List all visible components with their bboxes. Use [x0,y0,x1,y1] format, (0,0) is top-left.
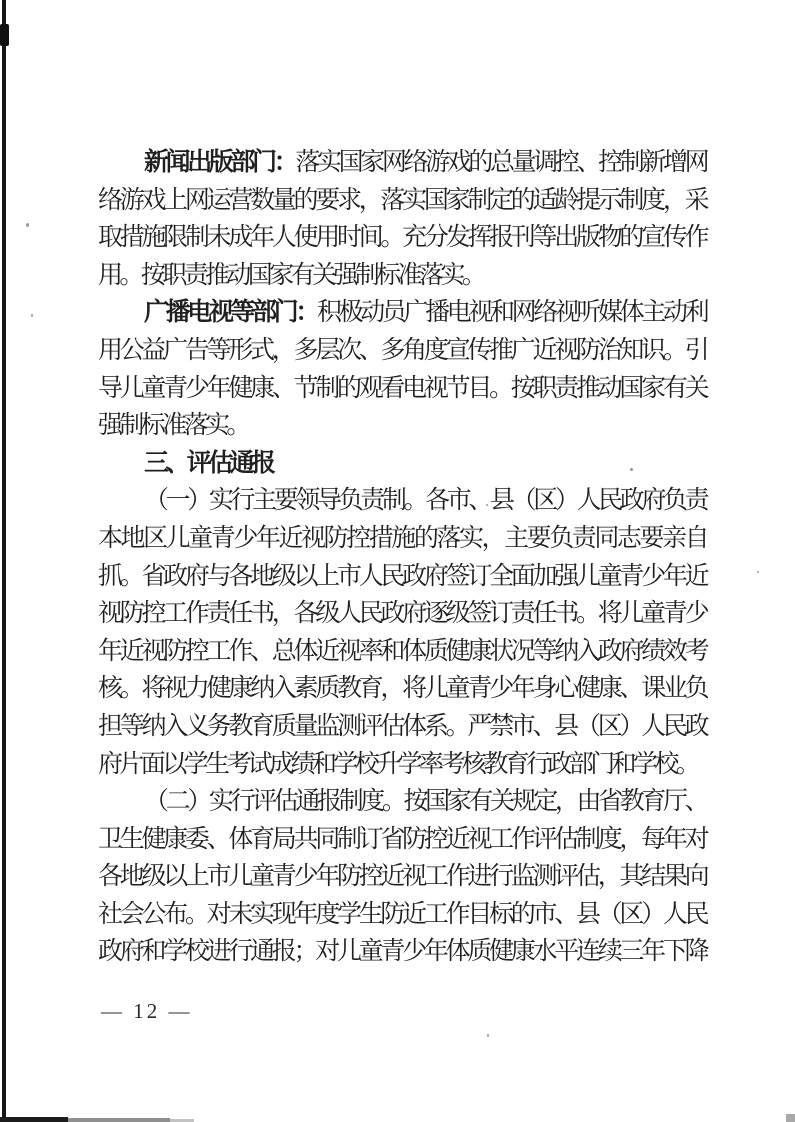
document-body: 新闻出版部门：落实国家网络游戏的总量调控、控制新增网络游戏上网运营数量的要求，落… [98,144,706,971]
text-line: 视防控工作责任书，各级人民政府逐级签订责任书。将儿童青少 [98,595,706,633]
scan-artifact-left-edge [2,0,6,1122]
text-line: 卫生健康委、体育局共同制订省防控近视工作评估制度，每年对 [98,821,706,859]
scan-artifact-bottom-gray [68,1118,170,1122]
text-line: 各地级以上市儿童青少年防控近视工作进行监测评估，其结果向 [98,858,706,896]
text-line: 强制标准落实。 [98,407,706,445]
text-line: 新闻出版部门：落实国家网络游戏的总量调控、控制新增网 [98,144,706,182]
text-line: 广播电视等部门：积极动员广播电视和网络视听媒体主动利 [98,294,706,332]
scan-speck [487,1034,489,1037]
page-number: — 12 — [101,999,193,1024]
text-line: （二）实行评估通报制度。按国家有关规定，由省教育厅、 [98,783,706,821]
text-line: 用。按职责推动国家有关强制标准落实。 [98,257,706,295]
text-line: 核。将视力健康纳入素质教育，将儿童青少年身心健康、课业负 [98,670,706,708]
text-line: 用公益广告等形式，多层次、多角度宣传推广近视防治知识。引 [98,332,706,370]
text-line: 取措施限制未成年人使用时间。充分发挥报刊等出版物的宣传作 [98,219,706,257]
text-line: 社会公布。对未实现年度学生防近工作目标的市、县（区）人民 [98,896,706,934]
text-line: 府片面以学生考试成绩和学校升学率考核教育行政部门和学校。 [98,746,706,784]
text-line: 年近视防控工作、总体近视率和体质健康状况等纳入政府绩效考 [98,633,706,671]
scan-artifact-left-blob [0,24,9,46]
scan-artifact-bottom-right-corner [786,1114,795,1122]
text-line: 导儿童青少年健康、节制的观看电视节目。按职责推动国家有关 [98,370,706,408]
section-heading: 三、评估通报 [98,445,706,483]
text-line: 本地区儿童青少年近视防控措施的落实，主要负责同志要亲自 [98,520,706,558]
scan-speck [31,314,33,317]
text-line: 抓。省政府与各地级以上市人民政府签订全面加强儿童青少年近 [98,558,706,596]
text-line: 络游戏上网运营数量的要求，落实国家制定的适龄提示制度，采 [98,182,706,220]
text-line: 担等纳入义务教育质量监测评估体系。严禁市、县（区）人民政 [98,708,706,746]
scan-artifact-bottom-dark [0,1117,68,1122]
scanned-page: 新闻出版部门：落实国家网络游戏的总量调控、控制新增网络游戏上网运营数量的要求，落… [0,0,795,1122]
bold-lead-in: 广播电视等部门： [144,298,317,326]
bold-lead-in: 三、评估通报 [144,449,272,477]
scan-speck [26,223,29,227]
scan-speck [757,571,759,573]
text-line: （一）实行主要领导负责制。各市、县（区）人民政府负责 [98,482,706,520]
bold-lead-in: 新闻出版部门： [144,148,295,176]
text-line: 政府和学校进行通报；对儿童青少年体质健康水平连续三年下降 [98,933,706,971]
